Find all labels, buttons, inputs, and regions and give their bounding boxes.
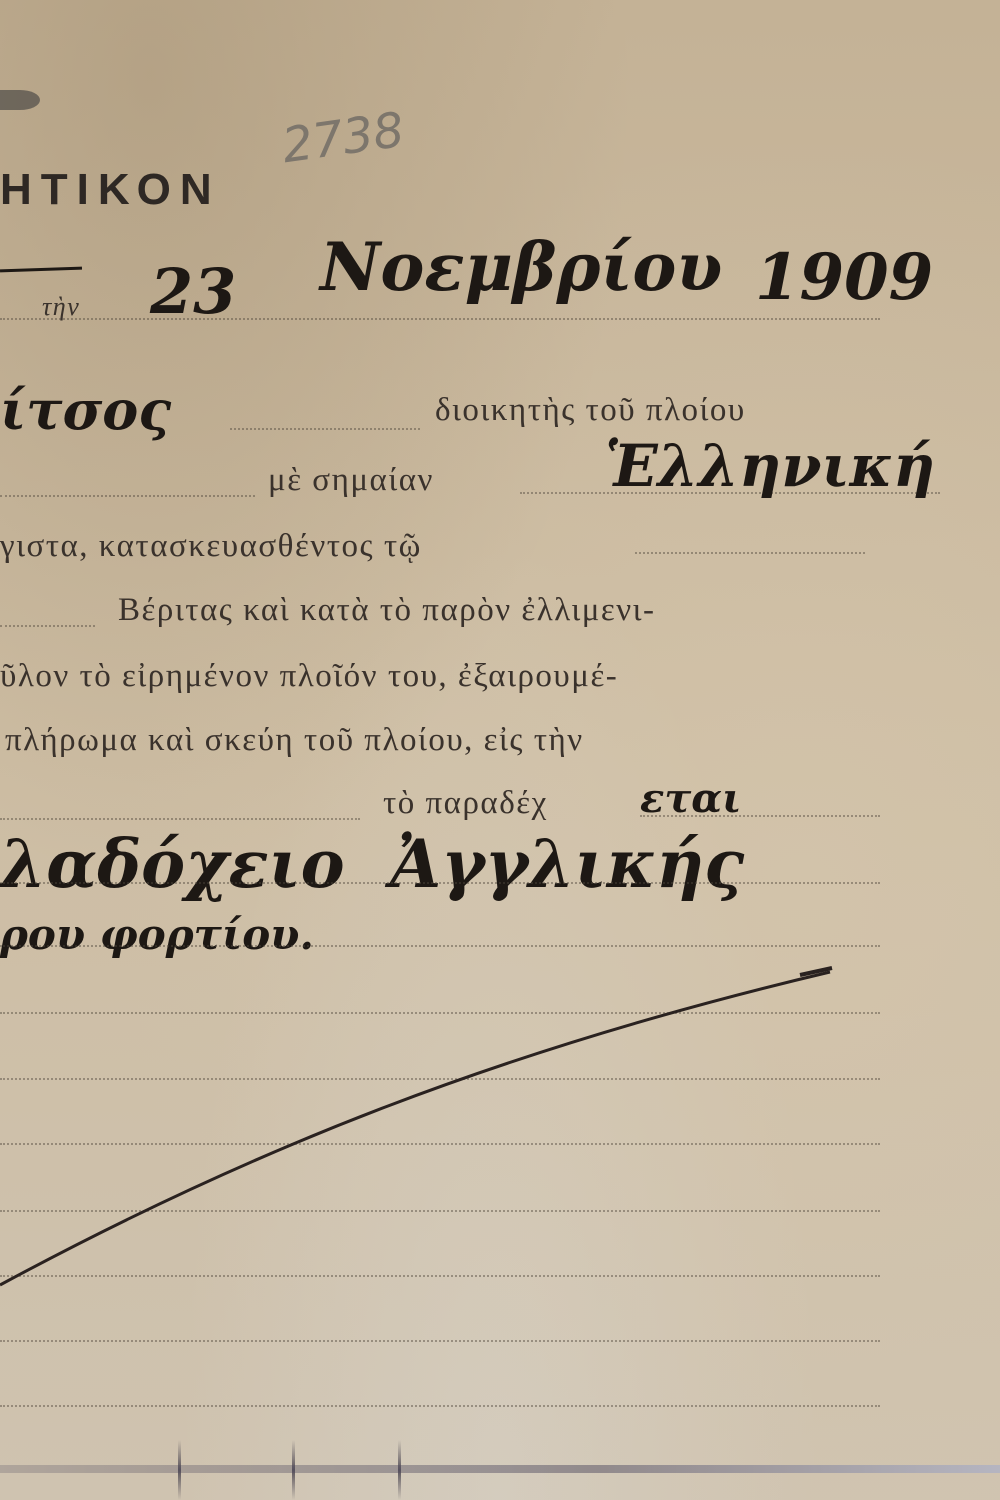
cancellation-stroke bbox=[0, 0, 1000, 1500]
perforated-tear-edge bbox=[0, 1465, 1000, 1473]
